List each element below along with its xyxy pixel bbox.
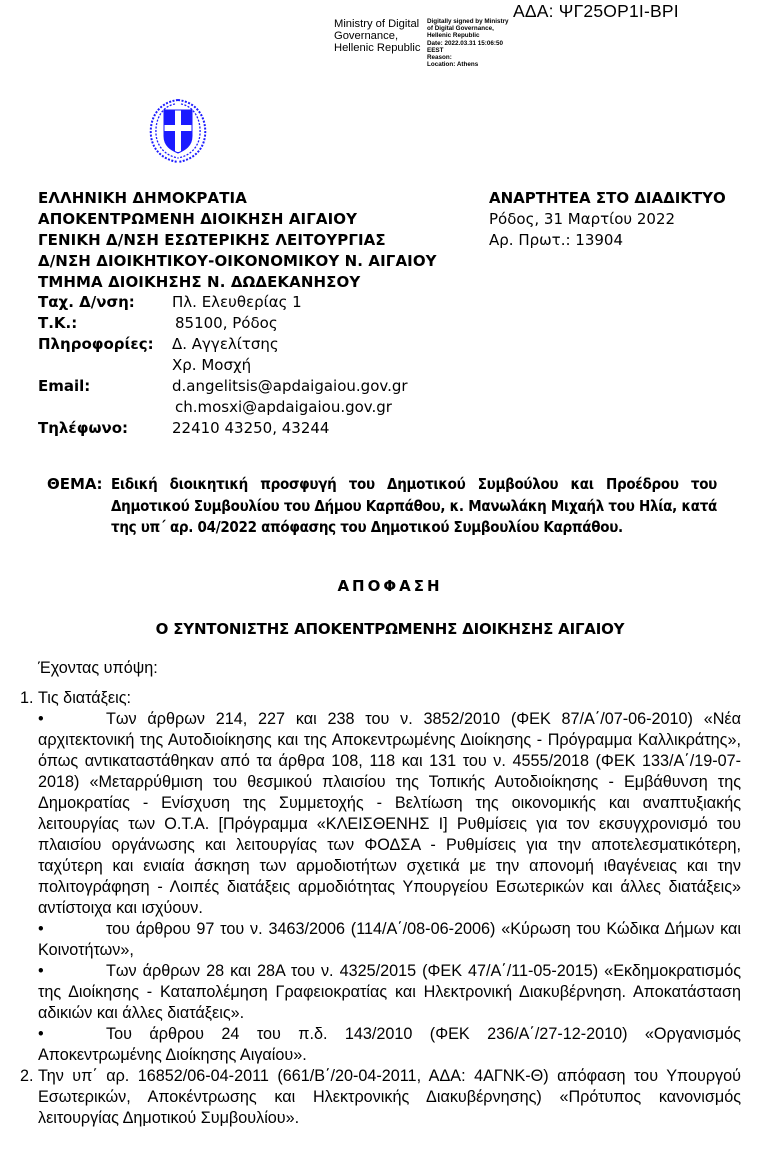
digital-signature-signer: Ministry of Digital Governance, Hellenic…	[334, 18, 420, 54]
list-item: 1. Τις διατάξεις: •Των άρθρων 214, 227 κ…	[18, 688, 741, 1066]
email-link-2[interactable]: ch.mosxi@apdaigaiou.gov.gr	[172, 397, 392, 418]
bullet-text: του άρθρου 97 του ν. 3463/2006 (114/Α΄/0…	[38, 920, 741, 959]
bullet-icon: •	[38, 961, 106, 982]
signer-line: Governance,	[334, 30, 420, 42]
authority-line: ΤΜΗΜΑ ΔΙΟΙΚΗΣΗΣ Ν. ΔΩΔΕΚΑΝΗΣΟΥ	[38, 272, 437, 293]
info-person-1: Δ. Αγγελίτσης	[172, 334, 279, 355]
phone-value: 22410 43250, 43244	[172, 418, 329, 439]
signature-detail-line: Hellenic Republic	[427, 32, 509, 39]
digital-signature-details: Digitally signed by Ministry of Digital …	[427, 18, 509, 68]
signature-detail-line: Date: 2022.03.31 15:06:50	[427, 40, 509, 47]
bullet-icon: •	[38, 919, 106, 940]
email-label: Email:	[38, 376, 172, 397]
item-number: 2.	[20, 1066, 34, 1087]
bullet-item: •του άρθρου 97 του ν. 3463/2006 (114/Α΄/…	[38, 919, 741, 961]
authority-line: ΓΕΝΙΚΗ Δ/ΝΣΗ ΕΣΩΤΕΡΙΚΗΣ ΛΕΙΤΟΥΡΓΙΑΣ	[38, 230, 437, 251]
postcode-label: Τ.Κ.:	[38, 313, 172, 334]
signer-line: Hellenic Republic	[334, 42, 420, 54]
document-body: Έχοντας υπόψη: 1. Τις διατάξεις: •Των άρ…	[38, 658, 741, 1129]
authority-line: Δ/ΝΣΗ ΔΙΟΙΚΗΤΙΚΟΥ-ΟΙΚΟΝΟΜΙΚΟΥ Ν. ΑΙΓΑΙΟΥ	[38, 251, 437, 272]
list-item: 2. Την υπ΄ αρ. 16852/06-04-2011 (661/Β΄/…	[18, 1066, 741, 1129]
publish-note: ΑΝΑΡΤΗΤΕΑ ΣΤΟ ΔΙΑΔΙΚΤΥΟ	[489, 188, 726, 209]
phone-label: Τηλέφωνο:	[38, 418, 172, 439]
issuing-authority: ΕΛΛΗΝΙΚΗ ΔΗΜΟΚΡΑΤΙΑ ΑΠΟΚΕΝΤΡΩΜΕΝΗ ΔΙΟΙΚΗ…	[38, 188, 437, 293]
ada-code: ΑΔΑ: ΨΓ25ΟΡ1Ι-ΒΡΙ	[513, 1, 679, 22]
item-text: Τις διατάξεις:	[38, 688, 741, 709]
contact-info: Ταχ. Δ/νση:Πλ. Ελευθερίας 1 Τ.Κ.:85100, …	[38, 292, 408, 439]
postcode-value: 85100, Ρόδος	[172, 313, 278, 334]
place-date: Ρόδος, 31 Μαρτίου 2022	[489, 209, 726, 230]
signature-detail-line: Digitally signed by Ministry	[427, 18, 509, 25]
bullet-icon: •	[38, 1024, 106, 1045]
address-value: Πλ. Ελευθερίας 1	[172, 292, 302, 313]
authority-line: ΑΠΟΚΕΝΤΡΩΜΕΝΗ ΔΙΟΙΚΗΣΗ ΑΙΓΑΙΟΥ	[38, 209, 437, 230]
signature-detail-line: EEST	[427, 47, 509, 54]
bullet-text: Των άρθρων 214, 227 και 238 του ν. 3852/…	[38, 710, 741, 917]
document-meta: ΑΝΑΡΤΗΤΕΑ ΣΤΟ ΔΙΑΔΙΚΤΥΟ Ρόδος, 31 Μαρτίο…	[489, 188, 726, 251]
authority-line: ΕΛΛΗΝΙΚΗ ΔΗΜΟΚΡΑΤΙΑ	[38, 188, 437, 209]
signature-detail-line: Reason:	[427, 54, 509, 61]
signature-detail-line: of Digital Governance,	[427, 25, 509, 32]
bullet-item: •Των άρθρων 28 και 28Α του ν. 4325/2015 …	[38, 961, 741, 1024]
bullet-item: •Των άρθρων 214, 227 και 238 του ν. 3852…	[38, 709, 741, 919]
greek-coat-of-arms-icon	[145, 96, 211, 166]
bullet-item: •Του άρθρου 24 του π.δ. 143/2010 (ΦΕΚ 23…	[38, 1024, 741, 1066]
subject-label: ΘΕΜΑ:	[47, 474, 111, 539]
protocol-number: Αρ. Πρωτ.: 13904	[489, 230, 726, 251]
issuer-title: Ο ΣΥΝΤΟΝΙΣΤΗΣ ΑΠΟΚΕΝΤΡΩΜΕΝΗΣ ΔΙΟΙΚΗΣΗΣ Α…	[0, 620, 780, 638]
bullet-text: Του άρθρου 24 του π.δ. 143/2010 (ΦΕΚ 236…	[38, 1025, 741, 1064]
item-number: 1.	[20, 688, 34, 709]
address-label: Ταχ. Δ/νση:	[38, 292, 172, 313]
item-text: Την υπ΄ αρ. 16852/06-04-2011 (661/Β΄/20-…	[38, 1066, 741, 1129]
info-person-2: Χρ. Μοσχή	[172, 355, 251, 376]
info-label: Πληροφορίες:	[38, 334, 172, 355]
having-regard: Έχοντας υπόψη:	[38, 658, 741, 679]
email-link-1[interactable]: d.angelitsis@apdaigaiou.gov.gr	[172, 376, 408, 397]
bullet-icon: •	[38, 709, 106, 730]
signature-detail-line: Location: Athens	[427, 61, 509, 68]
decision-title: ΑΠΟΦΑΣΗ	[0, 577, 780, 595]
subject: ΘΕΜΑ: Ειδική διοικητική προσφυγή του Δημ…	[47, 474, 717, 539]
subject-text: Ειδική διοικητική προσφυγή του Δημοτικού…	[111, 474, 717, 539]
bullet-text: Των άρθρων 28 και 28Α του ν. 4325/2015 (…	[38, 962, 741, 1022]
signer-line: Ministry of Digital	[334, 18, 420, 30]
